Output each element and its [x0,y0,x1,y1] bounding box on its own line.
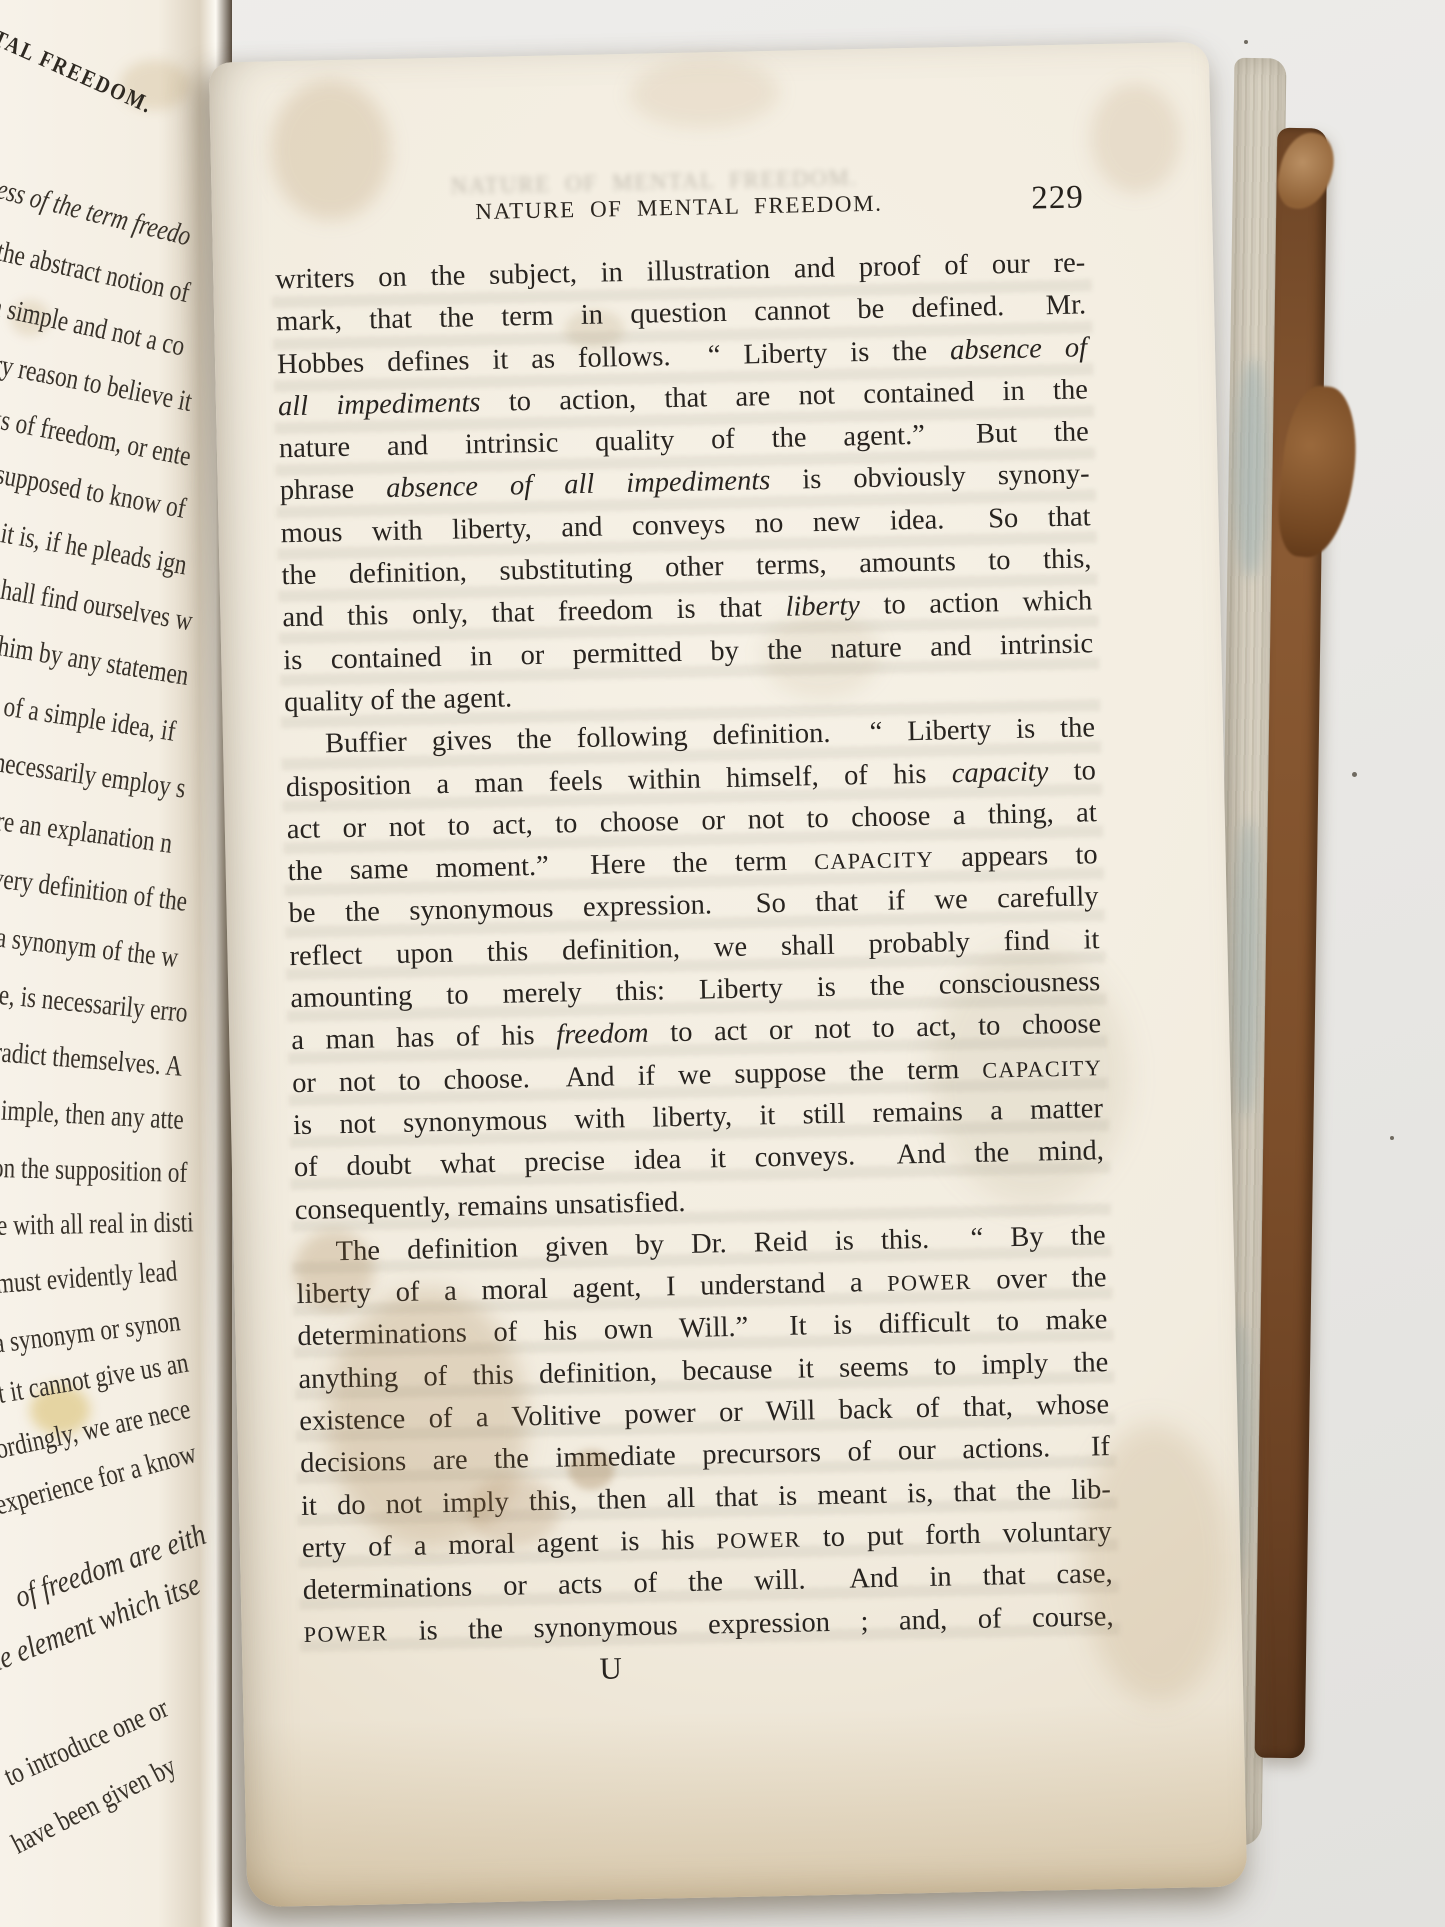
page-bottom-toning [244,1701,1248,1907]
page-number: 229 [1031,179,1084,217]
page-header: NATURE OF MENTAL FREEDOM. NATURE OF MENT… [274,186,1085,243]
left-page-line: se with all real in disti [0,1206,194,1243]
dust-speck [1390,1136,1394,1140]
left-page-line: must evidently lead [0,1255,178,1301]
dust-speck [1244,40,1248,44]
marbling-spot [1230,818,1264,1118]
left-page-line: very definition of the [0,862,189,919]
right-page: NATURE OF MENTAL FREEDOM. NATURE OF MENT… [209,42,1247,1908]
text-column: NATURE OF MENTAL FREEDOM. NATURE OF MENT… [271,44,1081,61]
page-body: writers on the subject, in illustration … [275,242,1114,1654]
marbling-spot [1233,358,1270,578]
dust-speck [1352,772,1357,777]
left-page-line: se, is necessarily erro [0,978,189,1030]
foxing-stain [269,79,392,221]
left-page-line: e of a simple idea, if [0,688,178,749]
left-page-line: simple, then any atte [0,1094,185,1137]
left-page-line: necessarily employ s [0,746,188,806]
foxing-stain [629,57,780,130]
left-page-line: ire an explanation n [0,804,174,861]
left-page-line: him by any statemen [0,630,191,693]
left-page-line: shall find ourselves w [0,572,195,638]
left-page-line: on the supposition of [0,1152,188,1190]
book-photo-scene: TAL FREEDOM. ness of the term freedo f t… [0,0,1445,1927]
signature-mark: U [599,1650,622,1686]
left-page-line: radict themselves. A [0,1036,183,1084]
left-page: TAL FREEDOM. ness of the term freedo f t… [0,0,232,1927]
foxing-stain [1089,82,1181,194]
left-page-line: n it is, if he pleads ign [0,514,189,582]
left-page-line: t a synonym of the w [0,920,180,975]
